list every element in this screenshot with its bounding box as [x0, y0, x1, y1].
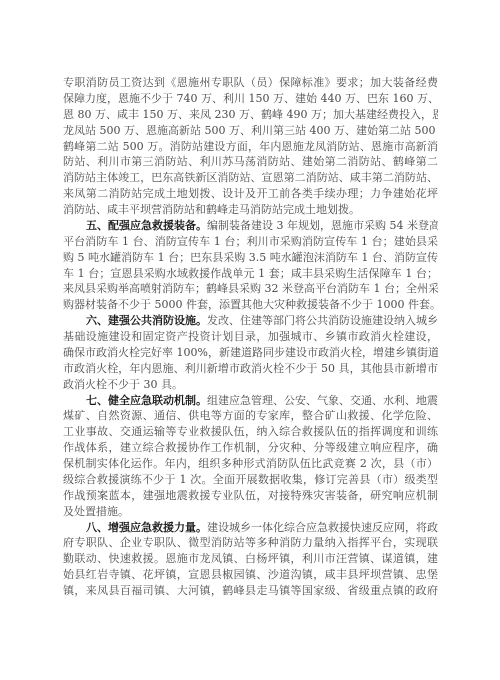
text-line: 级综合救援演练不少于 1 次。全面开展数据收集，修订完善县（市）级类型	[63, 472, 438, 488]
document-page: 专职消防员工资达到《恩施州专职队（员）保障标准》要求；加大装备经费 保障力度，恩…	[0, 0, 500, 680]
text-line: 府专职队、企业专职队、微型消防站等多种消防力量纳入指挥平台，实现联	[63, 535, 438, 551]
text-line: 工业事故、交通运输等专业救援队伍，纳入综合救援队伍的指挥调度和训练	[63, 424, 438, 440]
text-line: 基础设施建设和固定资产投资计划目录，加强城市、乡镇市政消火栓建设，	[63, 329, 438, 345]
text-line: 及处置措施。	[63, 504, 438, 520]
section-rescue-forces: 八、增强应急救援力量。建设城乡一体化综合应急救援快速反应网，将政 府专职队、企业…	[63, 520, 438, 599]
text-line: 恩 80 万、咸丰 150 万、来凤 230 万、鹤峰 490 万；加大基建经费…	[63, 107, 438, 123]
text-line: 消防站、咸丰平坝营消防站和鹤峰走马消防站完成土地划拨。	[63, 202, 438, 218]
text-line: 购器材装备不少于 5000 件套，添置其他大灾种救援装备不少于 1000 件套。	[63, 297, 438, 313]
section-first-line-text: 发改、住建等部门将公共消防设施建设纳入城乡	[207, 314, 438, 327]
text-line: 鹤峰第二站 500 万。消防站建设方面，年内恩施龙凤消防站、恩施市高新消	[63, 139, 438, 155]
text-line: 勤联动、快速救援。恩施市龙凤镇、白杨坪镇，利川市汪营镇、谋道镇，建	[63, 551, 438, 567]
section-first-line-text: 编制装备建设 3 年规划，恩施市采购 54 米登高	[207, 219, 438, 232]
section-first-line-text: 组建应急管理、公安、气象、交通、水利、地震、	[207, 394, 438, 407]
section-first-line: 八、增强应急救援力量。建设城乡一体化综合应急救援快速反应网，将政	[63, 520, 438, 536]
text-line: 作战体系，建立综合救援协作工作机制，分灾种、分等级建立响应程序，确	[63, 440, 438, 456]
section-heading: 五、配强应急救援装备。	[86, 219, 207, 232]
text-line: 购 5 吨水罐消防车 1 台；巴东县采购 3.5 吨水罐泡沫消防车 1 台、消防…	[63, 250, 438, 266]
section-first-line-text: 建设城乡一体化综合应急救援快速反应网，将政	[207, 521, 438, 534]
text-line: 市政消火栓，年内恩施、利川新增市政消火栓不少于 50 具，其他县市新增市	[63, 361, 438, 377]
text-line: 防站、利川市第三消防站、利川苏马荡消防站、建始第二消防站、鹤峰第二	[63, 154, 438, 170]
section-heading: 八、增强应急救援力量。	[86, 521, 207, 534]
text-line: 龙凤站 500 万、恩施高新站 500 万、利川第三站 400 万、建始第二站 …	[63, 123, 438, 139]
section-equipment: 五、配强应急救援装备。编制装备建设 3 年规划，恩施市采购 54 米登高 平台消…	[63, 218, 438, 313]
section-linkage-mechanism: 七、健全应急联动机制。组建应急管理、公安、气象、交通、水利、地震、 煤矿、自然资…	[63, 393, 438, 520]
section-first-line: 五、配强应急救援装备。编制装备建设 3 年规划，恩施市采购 54 米登高	[63, 218, 438, 234]
paragraph-continuation: 专职消防员工资达到《恩施州专职队（员）保障标准》要求；加大装备经费 保障力度，恩…	[63, 75, 438, 218]
text-line: 政消火栓不少于 30 具。	[63, 377, 438, 393]
section-first-line: 六、建强公共消防设施。发改、住建等部门将公共消防设施建设纳入城乡	[63, 313, 438, 329]
text-line: 车 1 台；宣恩县采购水域救援作战单元 1 套；咸丰县采购生活保障车 1 台；	[63, 266, 438, 282]
text-line: 专职消防员工资达到《恩施州专职队（员）保障标准》要求；加大装备经费	[63, 75, 438, 91]
text-line: 保机制实体化运作。年内，组织多种形式消防队伍比武竞赛 2 次，县（市）	[63, 456, 438, 472]
section-public-facilities: 六、建强公共消防设施。发改、住建等部门将公共消防设施建设纳入城乡 基础设施建设和…	[63, 313, 438, 392]
text-line: 消防站主体竣工，巴东高铁新区消防站、宣恩第二消防站、咸丰第二消防站、	[63, 170, 438, 186]
text-line: 确保市政消火栓完好率 100%，新建道路同步建设市政消火栓，增建乡镇街道	[63, 345, 438, 361]
text-line: 作战预案蓝本，建强地震救援专业队伍，对接特殊灾害装备，研究响应机制	[63, 488, 438, 504]
section-heading: 六、建强公共消防设施。	[86, 314, 207, 327]
text-line: 平台消防车 1 台、消防宣传车 1 台；利川市采购消防宣传车 1 台；建始县采	[63, 234, 438, 250]
text-line: 镇，来凤县百福司镇、大河镇，鹤峰县走马镇等国家级、省级重点镇的政府	[63, 583, 438, 599]
section-first-line: 七、健全应急联动机制。组建应急管理、公安、气象、交通、水利、地震、	[63, 393, 438, 409]
text-line: 来凤第二消防站完成土地划拨、设计及开工前各类手续办理；力争建始花坪	[63, 186, 438, 202]
text-line: 始县红岩寺镇、花坪镇，宣恩县椒园镇、沙道沟镇，咸丰县坪坝营镇、忠堡	[63, 567, 438, 583]
section-heading: 七、健全应急联动机制。	[86, 394, 207, 407]
text-line: 煤矿、自然资源、通信、供电等方面的专家库，整合矿山救援、化学危险、	[63, 408, 438, 424]
document-body: 专职消防员工资达到《恩施州专职队（员）保障标准》要求；加大装备经费 保障力度，恩…	[63, 75, 438, 599]
text-line: 来凤县采购举高喷射消防车；鹤峰县采购 32 米登高平台消防车 1 台；全州采	[63, 281, 438, 297]
text-line: 保障力度，恩施不少于 740 万、利川 150 万、建始 440 万、巴东 16…	[63, 91, 438, 107]
